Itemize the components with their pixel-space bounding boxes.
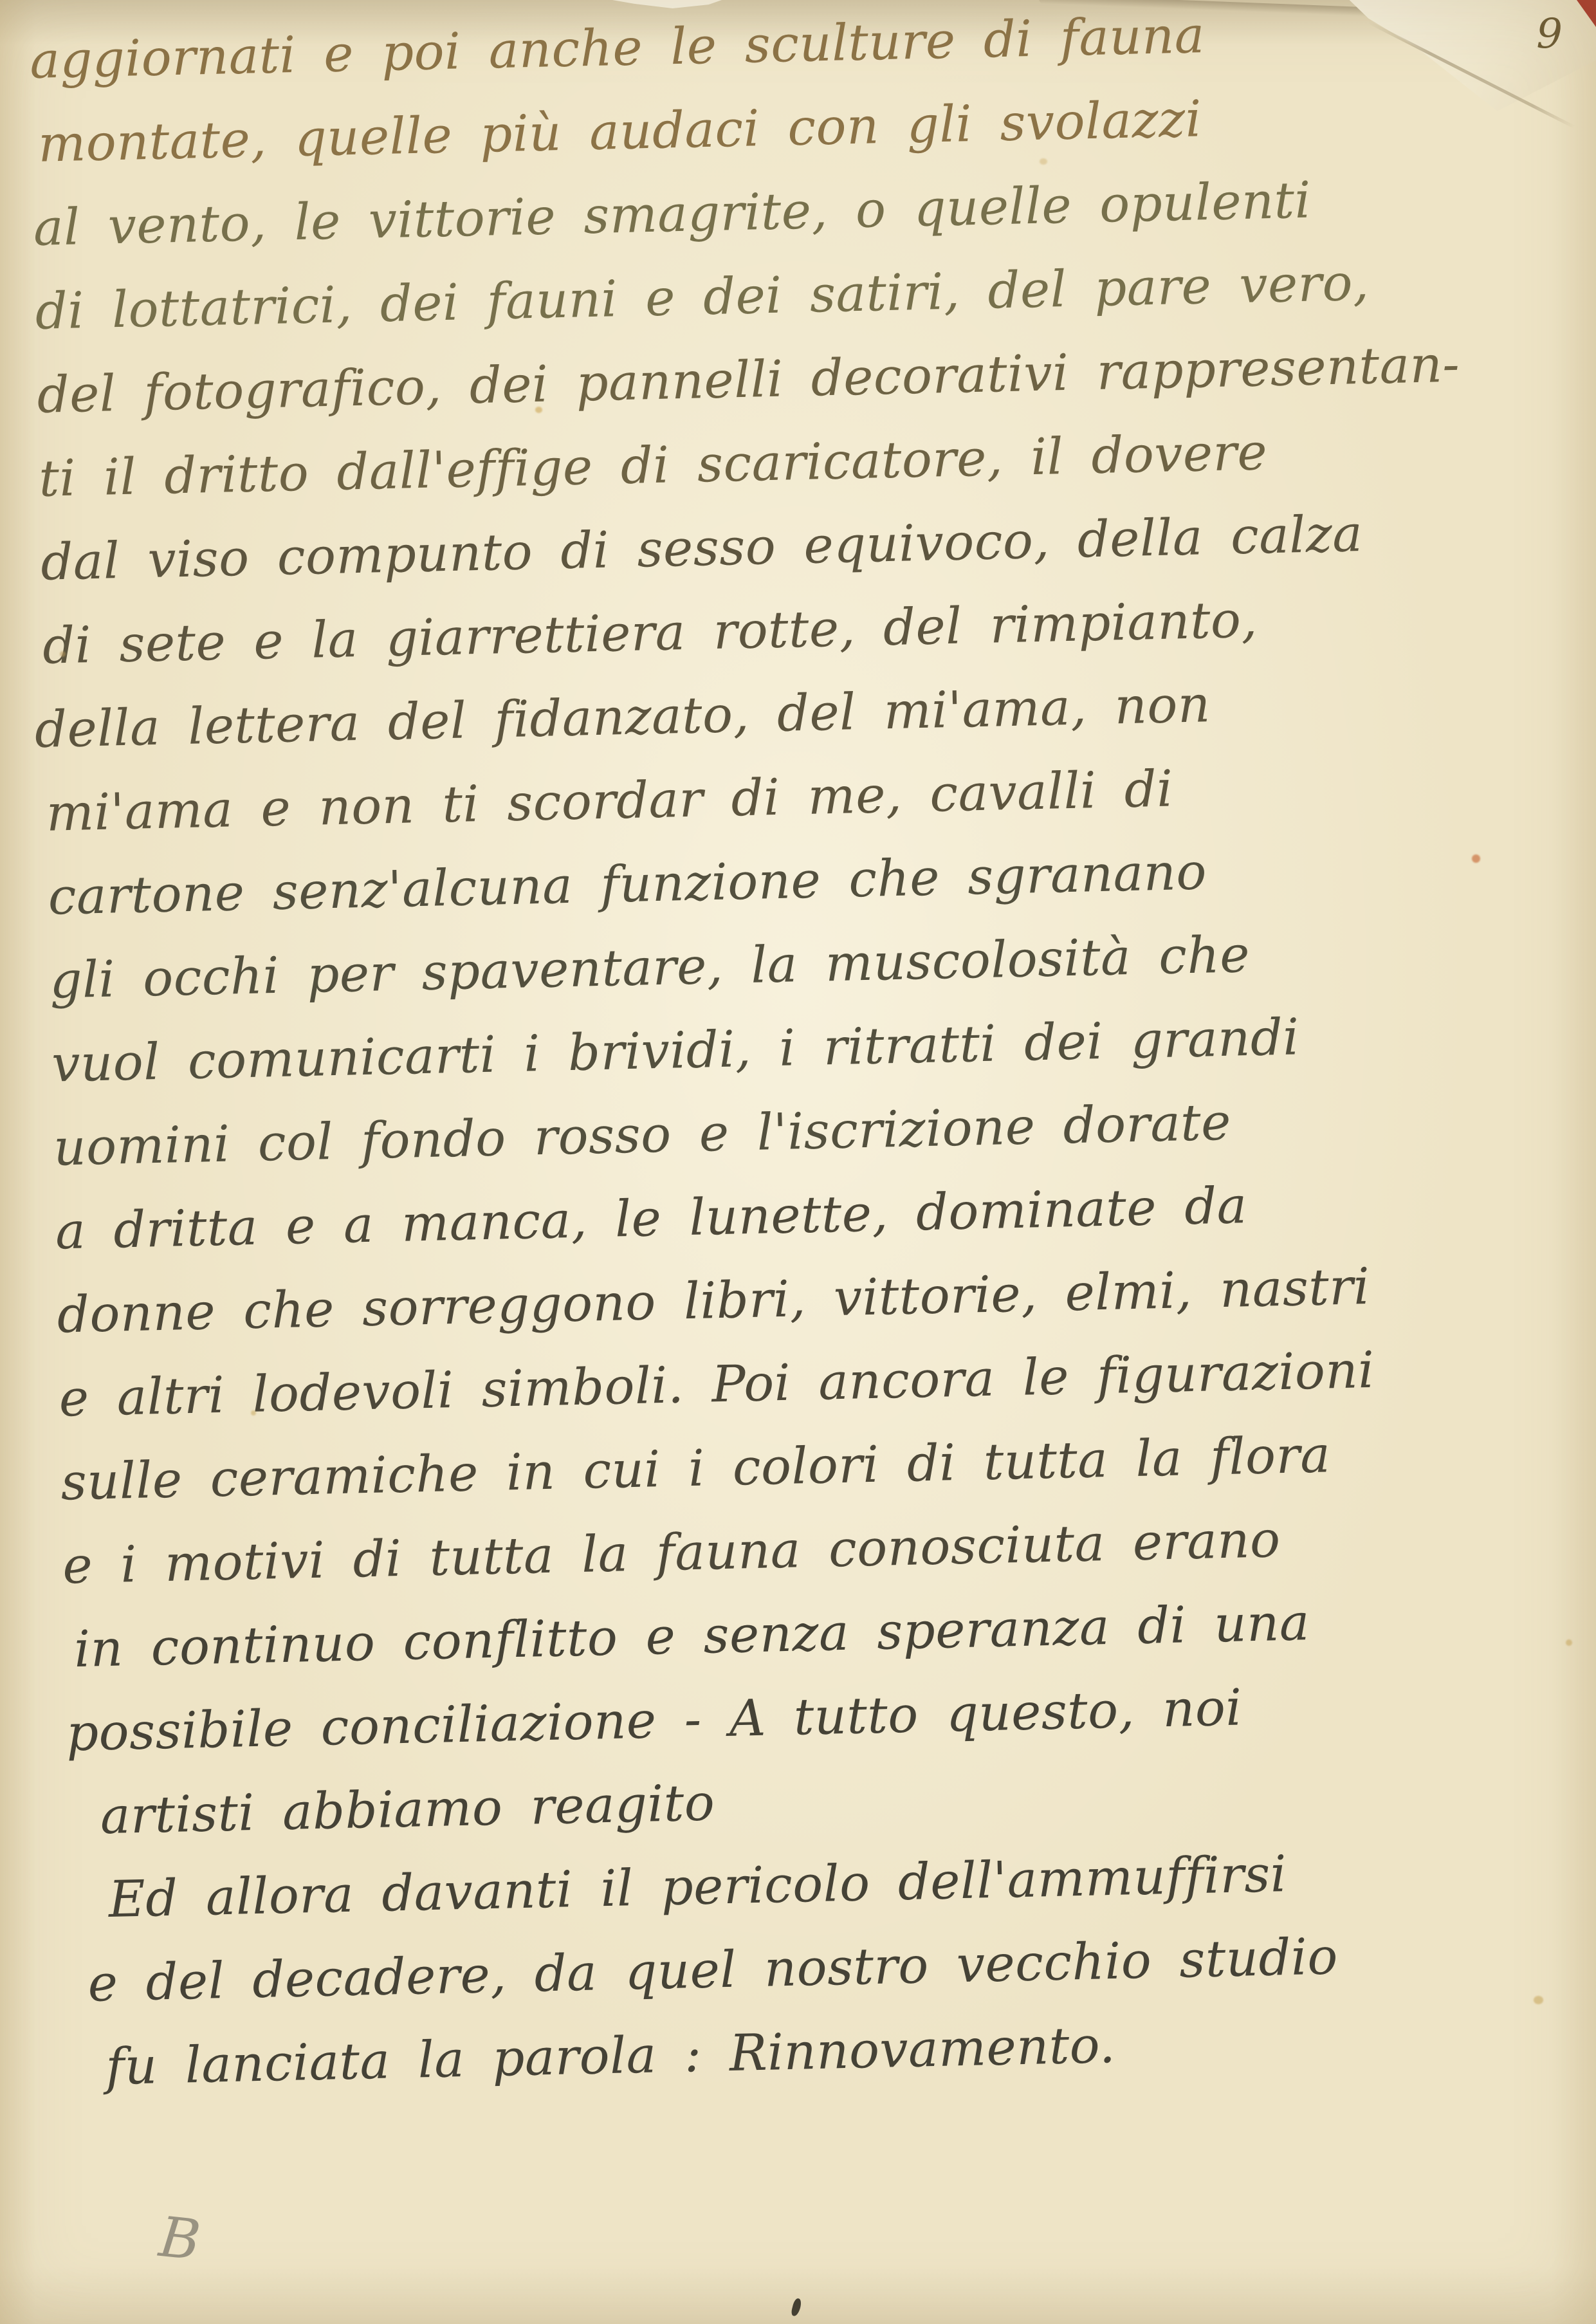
age-spot [535, 407, 542, 413]
age-spot [1566, 1639, 1572, 1646]
pencil-mark: B [156, 2205, 203, 2273]
ink-dot [791, 2298, 802, 2317]
age-spot [60, 651, 66, 657]
age-spot [1472, 854, 1480, 863]
age-spot [1040, 158, 1047, 165]
age-spot [1534, 1996, 1543, 2004]
age-spot [251, 1410, 256, 1416]
manuscript-page: 9 aggiornati e poi anche le sculture di … [0, 0, 1596, 2324]
manuscript-text: aggiornati e poi anche le sculture di fa… [29, 0, 1596, 2110]
